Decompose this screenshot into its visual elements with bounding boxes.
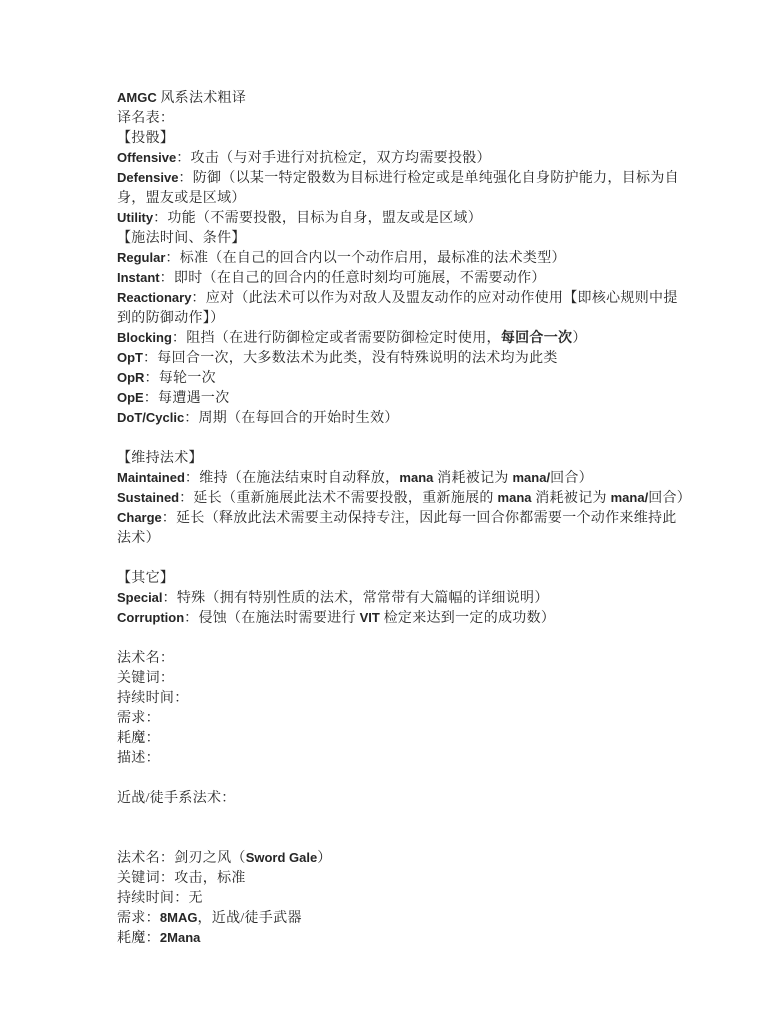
doc-blank-line — [117, 428, 677, 448]
text-segment: ：每遭遇一次 — [144, 391, 230, 406]
text-segment: 【维持法术】 — [117, 451, 203, 466]
text-segment: 到的防御动作】） — [117, 311, 224, 326]
text-segment: Sustained — [117, 490, 179, 505]
text-segment: Reactionary — [117, 290, 191, 305]
text-segment: DoT/Cyclic — [117, 410, 184, 425]
text-segment: Regular — [117, 250, 165, 265]
doc-line: 需求： — [117, 708, 677, 728]
text-segment: 风系法术粗译 — [160, 91, 246, 106]
doc-line: Regular：标准（在自己的回合内以一个动作启用，最标准的法术类型） — [117, 248, 677, 268]
text-segment: 耗魔： — [117, 931, 160, 946]
text-segment: 【施法时间、条件】 — [117, 231, 246, 246]
text-segment: 关键词： — [117, 671, 174, 686]
text-segment: ：特殊（拥有特别性质的法术，常常带有大篇幅的详细说明） — [163, 591, 549, 606]
doc-blank-line — [117, 628, 677, 648]
text-segment: 每回合一次 — [501, 331, 573, 346]
text-segment: 回合） — [550, 471, 593, 486]
doc-line: Charge：延长（释放此法术需要主动保持专注，因此每一回合你都需要一个动作来维… — [117, 508, 677, 528]
doc-blank-line — [117, 828, 677, 848]
doc-blank-line — [117, 548, 677, 568]
text-segment: 法术） — [117, 531, 160, 546]
text-segment: 译名表： — [117, 111, 174, 126]
doc-line: 持续时间：无 — [117, 888, 677, 908]
text-segment: ：每轮一次 — [144, 371, 216, 386]
text-segment: Maintained — [117, 470, 185, 485]
text-segment: ：周期（在每回合的开始时生效） — [184, 411, 399, 426]
text-segment: Blocking — [117, 330, 172, 345]
text-segment: 关键词：攻击，标准 — [117, 871, 246, 886]
text-segment: 耗魔： — [117, 731, 160, 746]
text-segment: AMGC — [117, 90, 160, 105]
doc-line: 【施法时间、条件】 — [117, 228, 677, 248]
text-segment: ：延长（释放此法术需要主动保持专注，因此每一回合你都需要一个动作来维持此 — [162, 511, 677, 526]
text-segment: ：即时（在自己的回合内的任意时刻均可施展，不需要动作） — [160, 271, 546, 286]
text-segment: Defensive — [117, 170, 178, 185]
text-segment: ：延长（重新施展此法术不需要投骰，重新施展的 — [179, 491, 497, 506]
doc-line: Offensive：攻击（与对手进行对抗检定，双方均需要投骰） — [117, 148, 677, 168]
doc-line: AMGC 风系法术粗译 — [117, 88, 677, 108]
text-segment: VIT — [360, 610, 380, 625]
doc-line: Special：特殊（拥有特别性质的法术，常常带有大篇幅的详细说明） — [117, 588, 677, 608]
text-segment: 检定来达到一定的成功数） — [380, 611, 555, 626]
text-segment: 8MAG — [160, 910, 198, 925]
text-segment: 持续时间：无 — [117, 891, 203, 906]
text-segment: OpR — [117, 370, 144, 385]
doc-line: 耗魔： — [117, 728, 677, 748]
text-segment: mana/ — [611, 490, 649, 505]
text-segment: ：应对（此法术可以作为对敌人及盟友动作的应对动作使用【即核心规则中提 — [191, 291, 677, 306]
text-segment: 【投骰】 — [117, 131, 174, 146]
text-segment: 【其它】 — [117, 571, 174, 586]
doc-blank-line — [117, 808, 677, 828]
text-segment: ：阻挡（在进行防御检定或者需要防御检定时使用， — [172, 331, 501, 346]
doc-line: OpR：每轮一次 — [117, 368, 677, 388]
text-segment: 需求： — [117, 911, 160, 926]
text-segment: ：功能（不需要投骰，目标为自身，盟友或是区域） — [153, 211, 482, 226]
text-segment: ） — [572, 331, 586, 346]
doc-line: Reactionary：应对（此法术可以作为对敌人及盟友动作的应对动作使用【即核… — [117, 288, 677, 308]
doc-line: 【其它】 — [117, 568, 677, 588]
text-segment: 回合） — [648, 491, 691, 506]
doc-line: 近战/徒手系法术： — [117, 788, 677, 808]
text-segment: 身，盟友或是区域） — [117, 191, 246, 206]
doc-line: 【投骰】 — [117, 128, 677, 148]
doc-line: Sustained：延长（重新施展此法术不需要投骰，重新施展的 mana 消耗被… — [117, 488, 677, 508]
text-segment: Sword Gale — [246, 850, 318, 865]
doc-line: 到的防御动作】） — [117, 308, 677, 328]
text-segment: 消耗被记为 — [433, 471, 512, 486]
document-page: AMGC 风系法术粗译译名表：【投骰】Offensive：攻击（与对手进行对抗检… — [0, 0, 768, 1024]
text-segment: 描述： — [117, 751, 160, 766]
doc-line: 关键词： — [117, 668, 677, 688]
doc-line: 【维持法术】 — [117, 448, 677, 468]
doc-line: OpE：每遭遇一次 — [117, 388, 677, 408]
doc-line: 译名表： — [117, 108, 677, 128]
text-segment: 法术名：剑刃之风（ — [117, 851, 246, 866]
doc-line: Defensive：防御（以某一特定骰数为目标进行检定或是单纯强化自身防护能力，… — [117, 168, 677, 188]
doc-blank-line — [117, 768, 677, 788]
doc-line: 法术名：剑刃之风（Sword Gale） — [117, 848, 677, 868]
doc-line: Blocking：阻挡（在进行防御检定或者需要防御检定时使用，每回合一次） — [117, 328, 677, 348]
text-segment: ，近战/徒手武器 — [197, 911, 301, 926]
text-segment: 近战/徒手系法术： — [117, 791, 236, 806]
doc-line: Instant：即时（在自己的回合内的任意时刻均可施展，不需要动作） — [117, 268, 677, 288]
text-segment: OpE — [117, 390, 144, 405]
document-content: AMGC 风系法术粗译译名表：【投骰】Offensive：攻击（与对手进行对抗检… — [117, 88, 677, 948]
doc-line: 法术名： — [117, 648, 677, 668]
text-segment: Instant — [117, 270, 160, 285]
text-segment: ：侵蚀（在施法时需要进行 — [184, 611, 359, 626]
text-segment: ） — [317, 851, 331, 866]
doc-line: DoT/Cyclic：周期（在每回合的开始时生效） — [117, 408, 677, 428]
doc-line: 持续时间： — [117, 688, 677, 708]
text-segment: 持续时间： — [117, 691, 189, 706]
doc-line: OpT：每回合一次，大多数法术为此类，没有特殊说明的法术均为此类 — [117, 348, 677, 368]
text-segment: 2Mana — [160, 930, 200, 945]
text-segment: 法术名： — [117, 651, 174, 666]
text-segment: Corruption — [117, 610, 184, 625]
doc-line: Corruption：侵蚀（在施法时需要进行 VIT 检定来达到一定的成功数） — [117, 608, 677, 628]
text-segment: ：防御（以某一特定骰数为目标进行检定或是单纯强化自身防护能力，目标为自 — [178, 171, 679, 186]
doc-line: 法术） — [117, 528, 677, 548]
doc-line: 耗魔：2Mana — [117, 928, 677, 948]
text-segment: Charge — [117, 510, 162, 525]
text-segment: Offensive — [117, 150, 176, 165]
text-segment: mana — [399, 470, 433, 485]
text-segment: ：维持（在施法结束时自动释放， — [185, 471, 400, 486]
text-segment: 消耗被记为 — [532, 491, 611, 506]
doc-line: 描述： — [117, 748, 677, 768]
text-segment: Special — [117, 590, 163, 605]
text-segment: OpT — [117, 350, 143, 365]
text-segment: Utility — [117, 210, 153, 225]
text-segment: ：标准（在自己的回合内以一个动作启用，最标准的法术类型） — [165, 251, 565, 266]
text-segment: mana/ — [512, 470, 550, 485]
doc-line: 关键词：攻击，标准 — [117, 868, 677, 888]
text-segment: ：每回合一次，大多数法术为此类，没有特殊说明的法术均为此类 — [143, 351, 558, 366]
text-segment: 需求： — [117, 711, 160, 726]
doc-line: Maintained：维持（在施法结束时自动释放，mana 消耗被记为 mana… — [117, 468, 677, 488]
doc-line: 身，盟友或是区域） — [117, 188, 677, 208]
doc-line: 需求：8MAG，近战/徒手武器 — [117, 908, 677, 928]
doc-line: Utility：功能（不需要投骰，目标为自身，盟友或是区域） — [117, 208, 677, 228]
text-segment: ：攻击（与对手进行对抗检定，双方均需要投骰） — [176, 151, 491, 166]
text-segment: mana — [498, 490, 532, 505]
